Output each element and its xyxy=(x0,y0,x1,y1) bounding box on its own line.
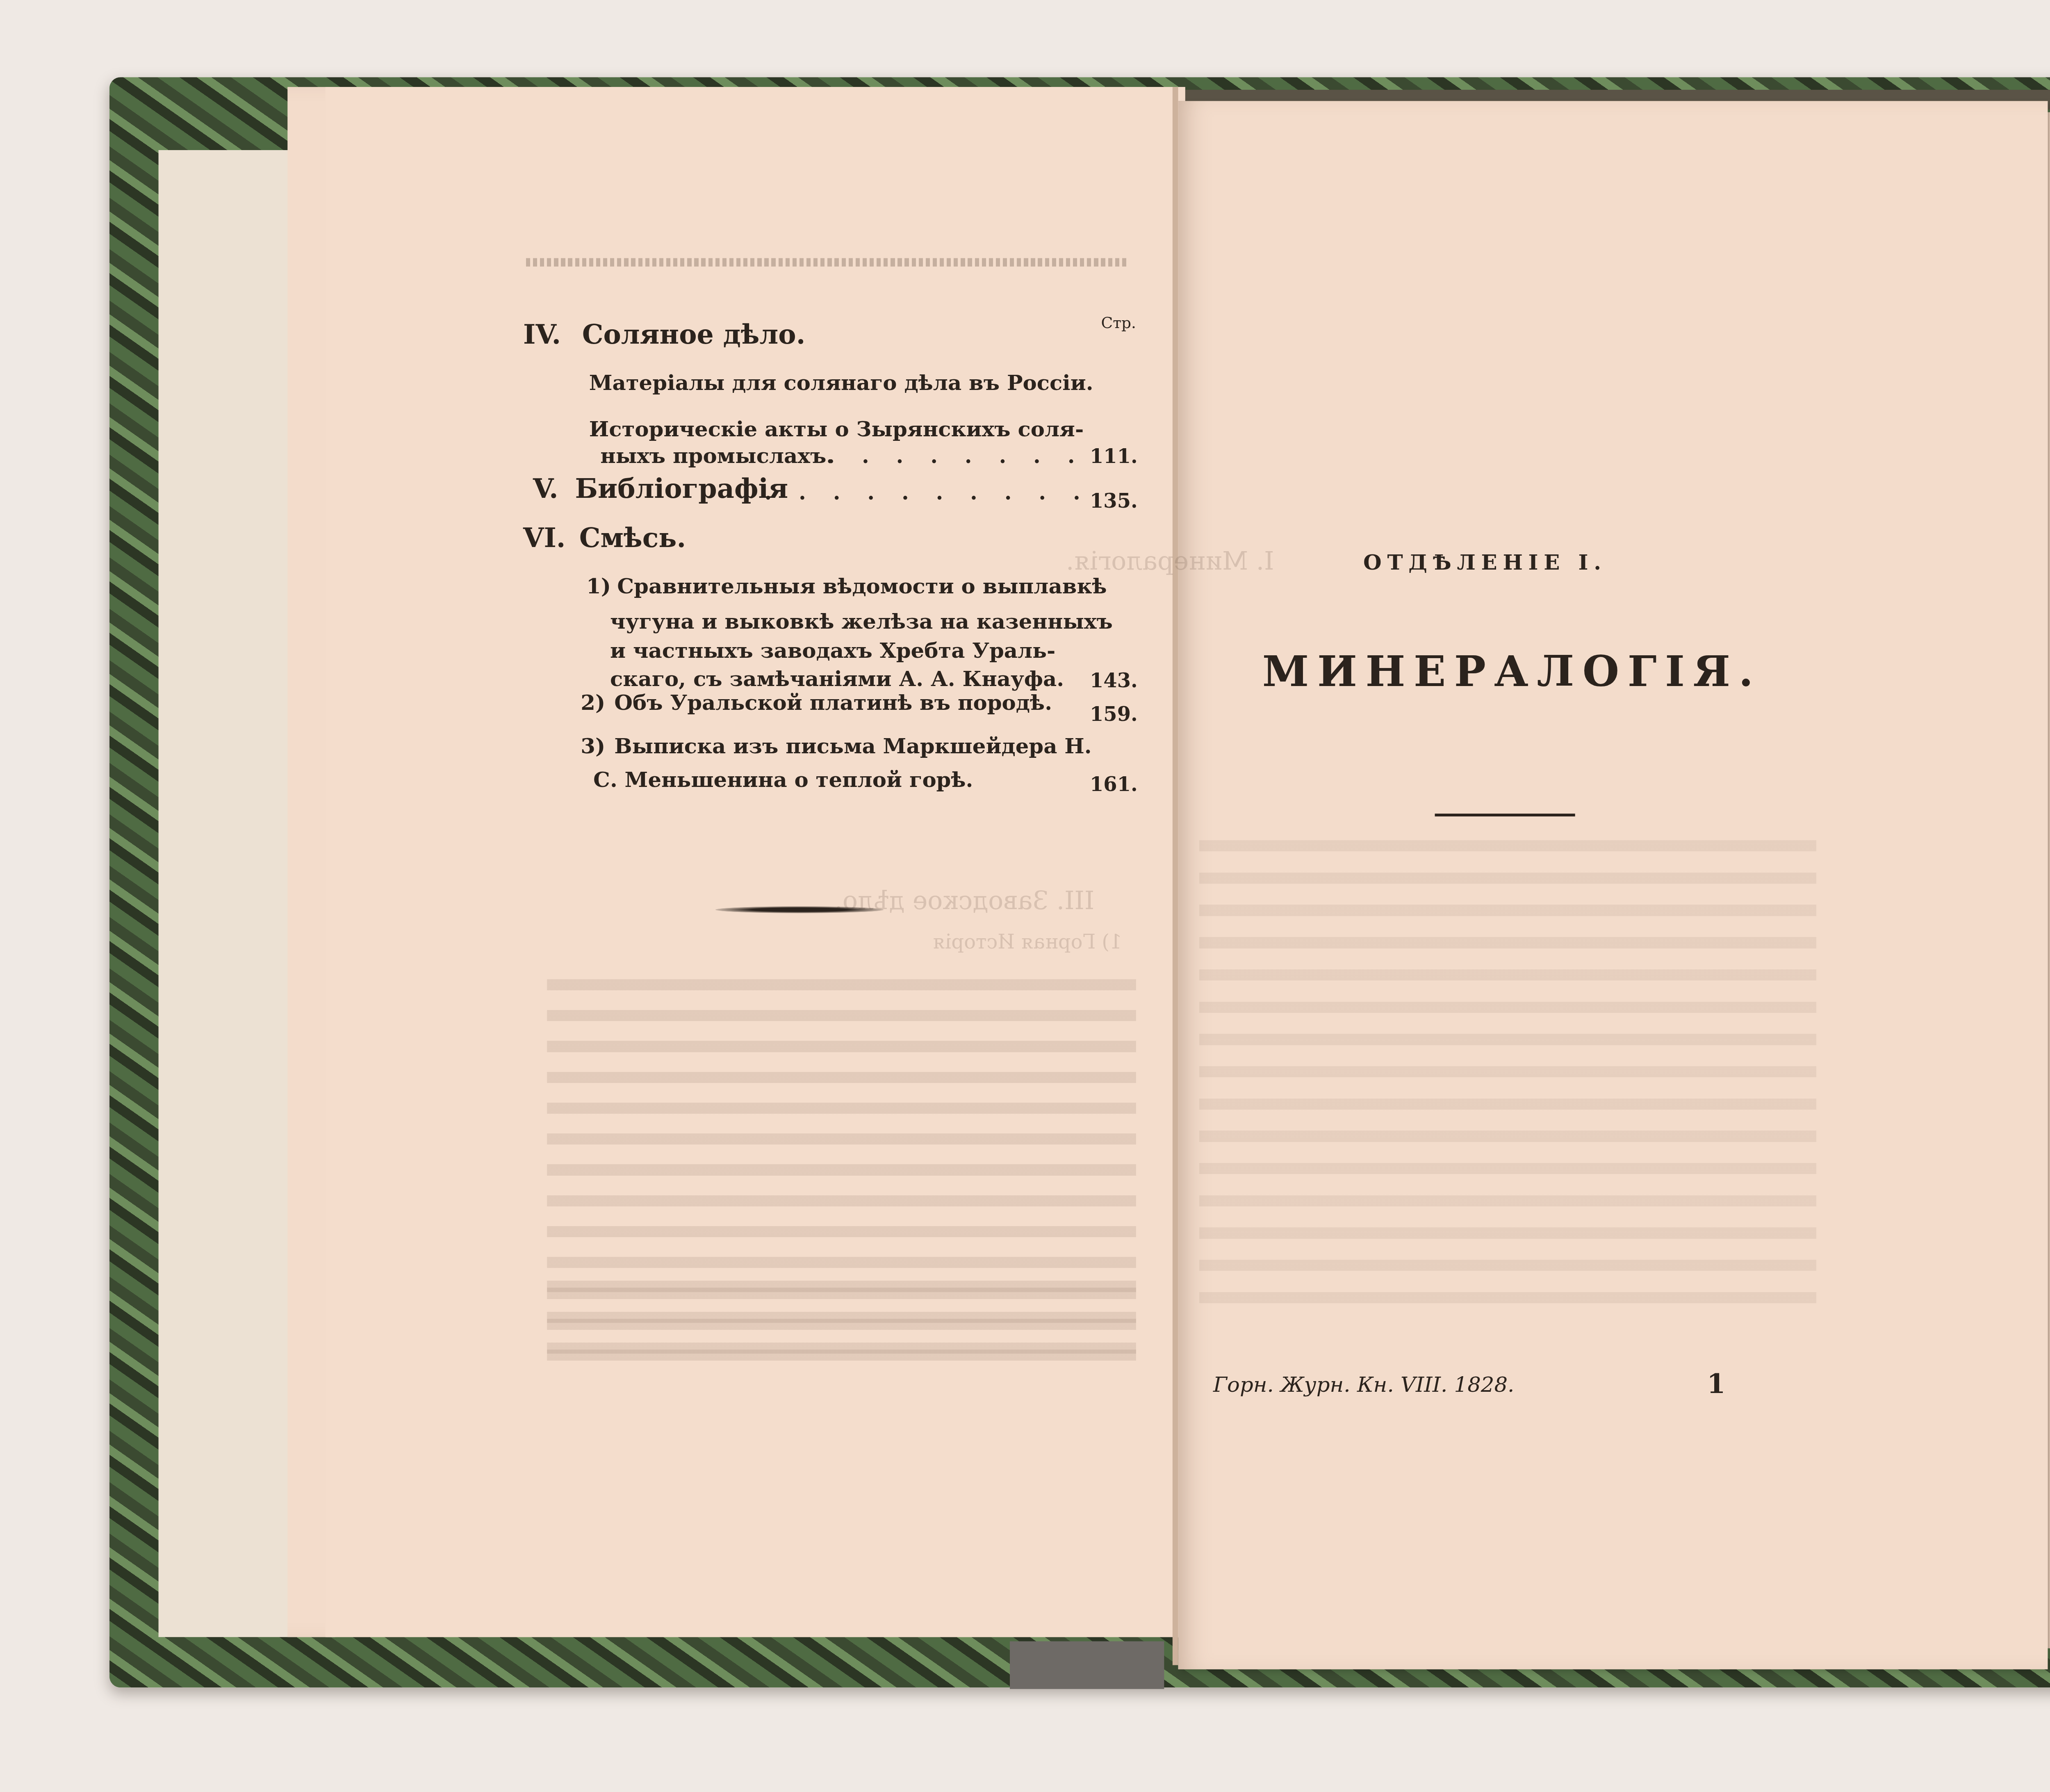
spine-cloth-bottom xyxy=(1010,1641,1164,1689)
section-label: ОТДѢЛЕНІЕ I. xyxy=(1363,550,1607,575)
toc-item-line: Выписка изъ письма Маркшейдера Н. xyxy=(614,734,1091,759)
title-rule xyxy=(1435,814,1575,816)
toc-item-line: ныхъ промыслахъ. xyxy=(600,443,834,469)
bleed-through-text: III. Заводское дѣло. xyxy=(834,887,1094,916)
toc-numeral: IV. xyxy=(523,320,561,351)
toc-item-num: 1) xyxy=(586,574,611,599)
toc-numeral: V. xyxy=(533,474,558,505)
toc-leader-dots: . . . . . . . . . . xyxy=(764,480,1090,505)
toc-section-title: Смѣсь. xyxy=(579,523,686,554)
book-spread: I. Минералогія. III. Заводское дѣло. 1) … xyxy=(0,0,2050,1791)
decorative-swash-rule xyxy=(715,906,884,913)
toc-item-line: Историческіе акты о Зырянскихъ соля- xyxy=(589,417,1084,442)
toc-item-line: скаго, съ замѣчаніями А. А. Кнауфа. xyxy=(610,666,1064,692)
toc-item-line: чугуна и выковкѣ желѣза на казенныхъ xyxy=(610,609,1113,634)
toc-page-number: 159. xyxy=(1090,704,1138,727)
toc-item-line: Сравнительныя вѣдомости о выплавкѣ xyxy=(617,574,1107,599)
toc-section-title: Соляное дѣло. xyxy=(582,320,806,351)
toc-section-title: Библіографія xyxy=(575,474,788,505)
toc-page-number: 161. xyxy=(1090,774,1138,797)
toc-leader-dots: . . . . . . . . xyxy=(827,443,1084,469)
bleed-through-text: I. Минералогія. xyxy=(1066,547,1274,577)
bleed-through-rule xyxy=(526,258,1129,267)
bleed-through-block-right xyxy=(1199,828,1816,1304)
toc-page-number: 111. xyxy=(1090,446,1138,469)
toc-numeral: VI. xyxy=(523,523,565,554)
bleed-through-block xyxy=(547,1270,1136,1354)
toc-item-num: 2) xyxy=(581,690,605,716)
page-number: 1 xyxy=(1707,1369,1725,1400)
toc-item-num: 3) xyxy=(581,734,605,759)
page-title: МИНЕРАЛОГІЯ. xyxy=(1262,648,1762,697)
toc-page-number: 135. xyxy=(1090,491,1138,513)
bleed-through-text: 1) Горная Исторія xyxy=(933,931,1122,954)
toc-item-line: и частныхъ заводахъ Хребта Ураль- xyxy=(610,638,1055,664)
toc-page-number: 143. xyxy=(1090,670,1138,693)
toc-item-line: С. Меньшенина о теплой горѣ. xyxy=(593,767,973,793)
signature-footer: Горн. Журн. Кн. VIII. 1828. xyxy=(1213,1372,1514,1398)
page-column-label: Стр. xyxy=(1101,314,1136,332)
toc-item-line: Матеріалы для солянаго дѣла въ Россіи. xyxy=(589,370,1093,396)
toc-item-line: Объ Уральской платинѣ въ породѣ. xyxy=(614,690,1052,716)
gutter xyxy=(1173,87,1178,1665)
